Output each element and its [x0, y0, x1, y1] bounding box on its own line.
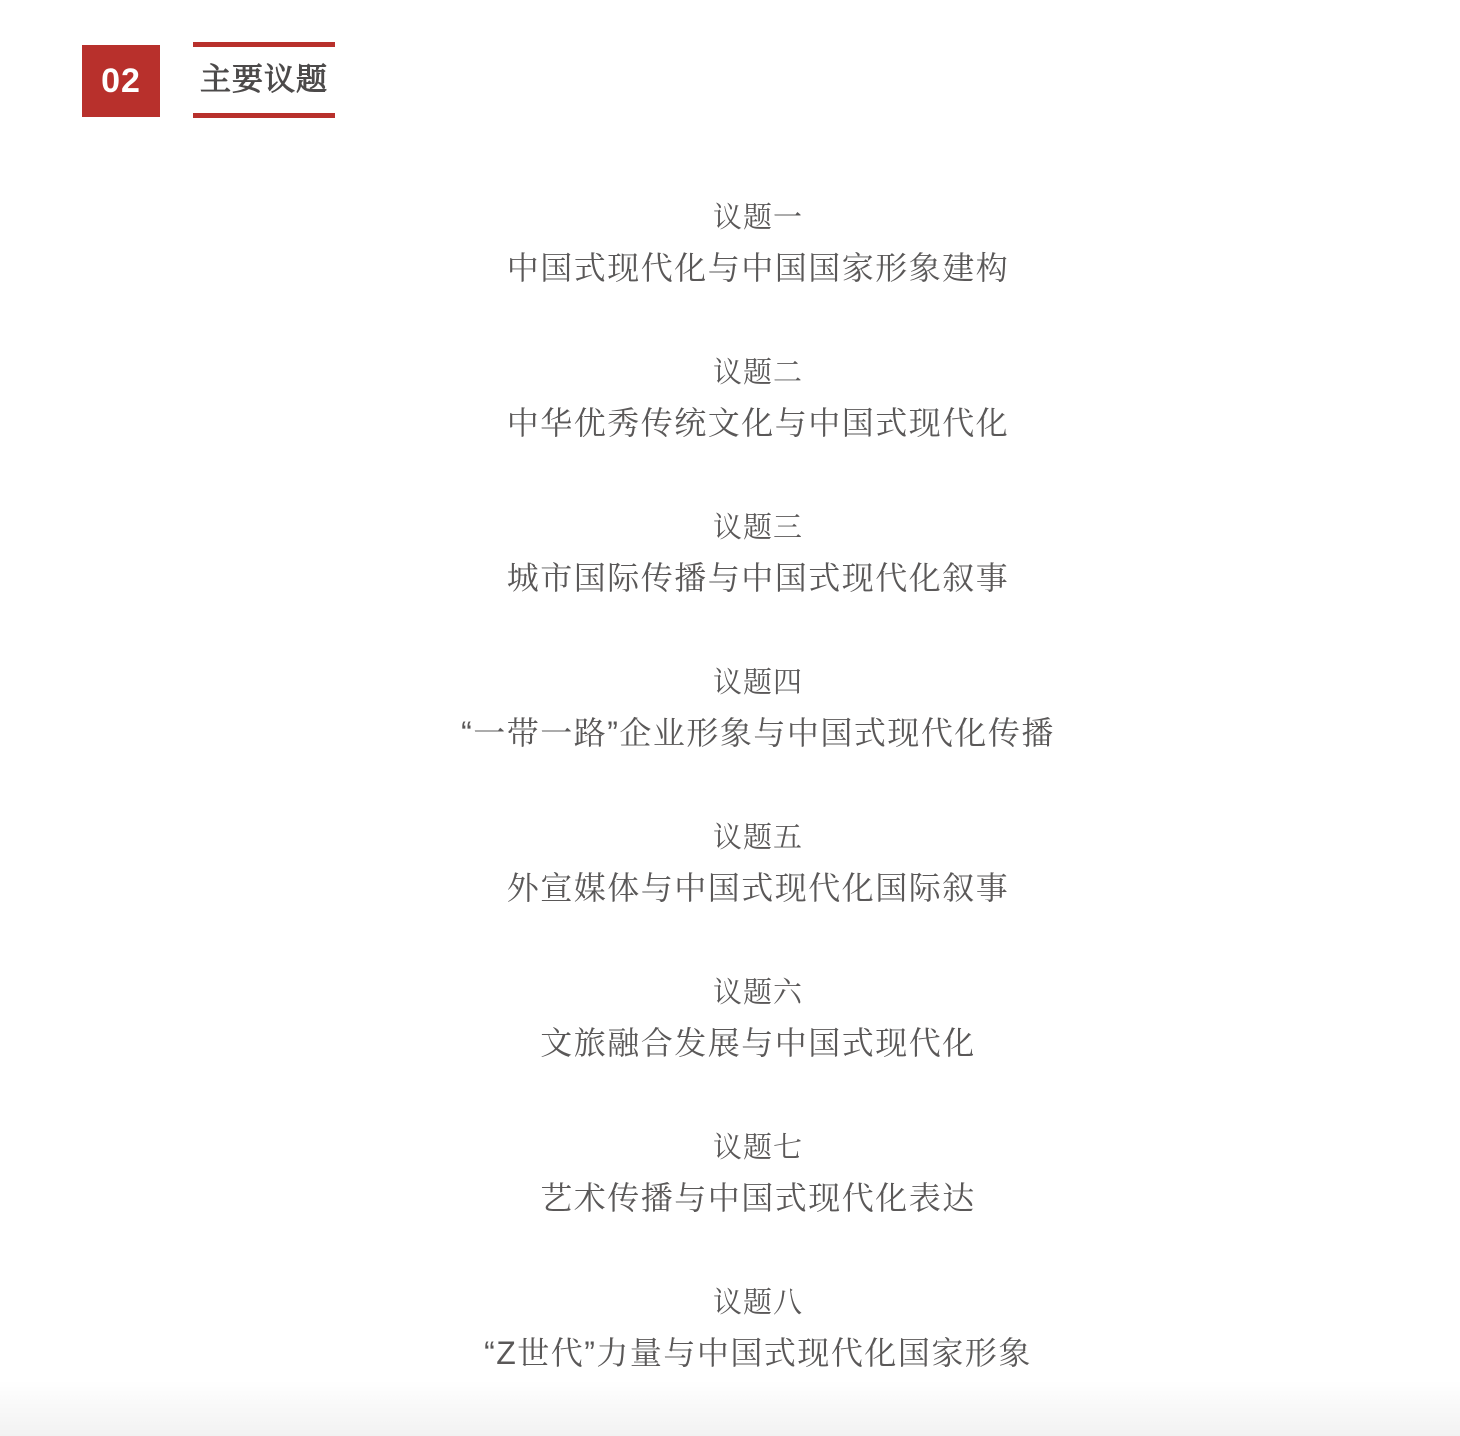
topic-item: 议题四 “一带一路”企业形象与中国式现代化传播 — [56, 658, 1460, 758]
topics-list: 议题一 中国式现代化与中国国家形象建构 议题二 中华优秀传统文化与中国式现代化 … — [0, 193, 1460, 1433]
topic-label: 议题二 — [56, 348, 1460, 398]
topic-label: 议题五 — [56, 813, 1460, 863]
topic-item: 议题六 文旅融合发展与中国式现代化 — [56, 968, 1460, 1068]
topic-title: 艺术传播与中国式现代化表达 — [56, 1173, 1460, 1223]
topic-title: “Z世代”力量与中国式现代化国家形象 — [56, 1328, 1460, 1378]
topic-label: 议题四 — [56, 658, 1460, 708]
page: 02 主要议题 议题一 中国式现代化与中国国家形象建构 议题二 中华优秀传统文化… — [0, 0, 1460, 1436]
topic-title: 外宣媒体与中国式现代化国际叙事 — [56, 863, 1460, 913]
topic-item: 议题二 中华优秀传统文化与中国式现代化 — [56, 348, 1460, 448]
topic-label: 议题一 — [56, 193, 1460, 243]
topic-item: 议题五 外宣媒体与中国式现代化国际叙事 — [56, 813, 1460, 913]
topic-label: 议题七 — [56, 1123, 1460, 1173]
topic-item: 议题八 “Z世代”力量与中国式现代化国家形象 — [56, 1278, 1460, 1378]
section-title: 主要议题 — [200, 59, 328, 101]
section-number-badge: 02 — [82, 45, 160, 117]
topic-title: “一带一路”企业形象与中国式现代化传播 — [56, 708, 1460, 758]
topic-title: 中华优秀传统文化与中国式现代化 — [56, 398, 1460, 448]
topic-title: 城市国际传播与中国式现代化叙事 — [56, 553, 1460, 603]
topic-item: 议题一 中国式现代化与中国国家形象建构 — [56, 193, 1460, 293]
topic-label: 议题八 — [56, 1278, 1460, 1328]
section-header: 02 主要议题 — [82, 42, 335, 118]
section-title-block: 主要议题 — [193, 42, 335, 118]
topic-title: 文旅融合发展与中国式现代化 — [56, 1018, 1460, 1068]
topic-label: 议题六 — [56, 968, 1460, 1018]
topic-title: 中国式现代化与中国国家形象建构 — [56, 243, 1460, 293]
topic-item: 议题七 艺术传播与中国式现代化表达 — [56, 1123, 1460, 1223]
topic-label: 议题三 — [56, 503, 1460, 553]
topic-item: 议题三 城市国际传播与中国式现代化叙事 — [56, 503, 1460, 603]
